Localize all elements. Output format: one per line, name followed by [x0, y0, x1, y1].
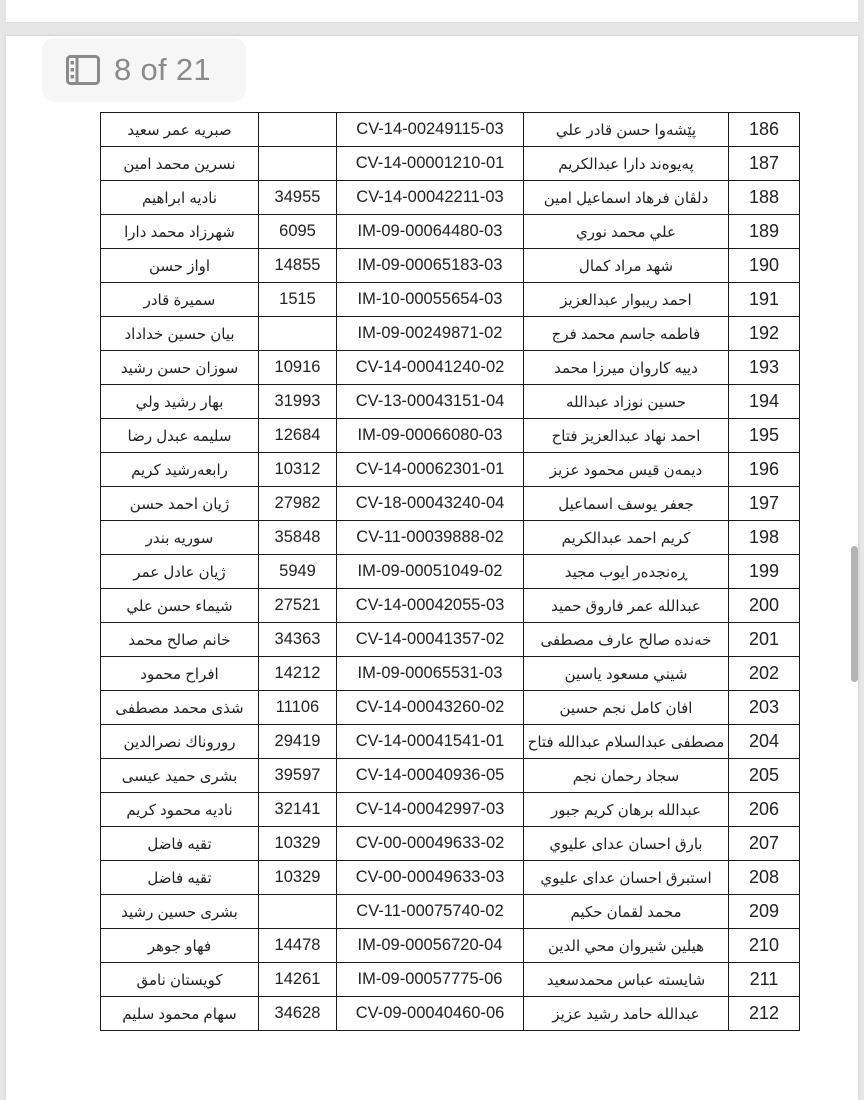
full-name-cell: محمد لقمان حكيم — [524, 895, 729, 929]
number-cell: 10329 — [259, 827, 337, 861]
full-name-cell: پەیوەند دارا عبدالكريم — [524, 147, 729, 181]
sequence-number-cell: 201 — [729, 623, 800, 657]
guardian-name-cell: شيماء حسن علي — [101, 589, 259, 623]
table-row: سوريه بندر35848CV-11-00039888-02كريم احم… — [101, 521, 800, 555]
record-code-cell: IM-09-00064480-03 — [337, 215, 524, 249]
sequence-number-cell: 186 — [729, 113, 800, 147]
table-row: فهاو جوهر14478IM-09-00056720-04هيلين شير… — [101, 929, 800, 963]
guardian-name-cell: سوزان حسن رشيد — [101, 351, 259, 385]
number-cell — [259, 317, 337, 351]
record-code-cell: CV-00-00049633-02 — [337, 827, 524, 861]
sequence-number-cell: 191 — [729, 283, 800, 317]
sequence-number-cell: 197 — [729, 487, 800, 521]
record-code-cell: IM-09-00249871-02 — [337, 317, 524, 351]
sequence-number-cell: 198 — [729, 521, 800, 555]
guardian-name-cell: اواز حسن — [101, 249, 259, 283]
number-cell: 10329 — [259, 861, 337, 895]
number-cell: 14212 — [259, 657, 337, 691]
table-row: ناديه محمود كريم32141CV-14-00042997-03عب… — [101, 793, 800, 827]
guardian-name-cell: كويستان نامق — [101, 963, 259, 997]
table-row: شهرزاد محمد دارا6095IM-09-00064480-03علي… — [101, 215, 800, 249]
sequence-number-cell: 212 — [729, 997, 800, 1031]
table-row: ژيان احمد حسن27982CV-18-00043240-04جعفر … — [101, 487, 800, 521]
sequence-number-cell: 209 — [729, 895, 800, 929]
record-code-cell: CV-18-00043240-04 — [337, 487, 524, 521]
full-name-cell: شهد مراد كمال — [524, 249, 729, 283]
sequence-number-cell: 205 — [729, 759, 800, 793]
table-row: بهار رشيد ولي31993CV-13-00043151-04حسين … — [101, 385, 800, 419]
vertical-scrollbar[interactable] — [851, 546, 858, 682]
guardian-name-cell: شذى محمد مصطفى — [101, 691, 259, 725]
guardian-name-cell: رابعەرشيد كريم — [101, 453, 259, 487]
record-code-cell: CV-14-00041240-02 — [337, 351, 524, 385]
table-row: خانم صالح محمد34363CV-14-00041357-02خەند… — [101, 623, 800, 657]
page-indicator[interactable]: 8 of 21 — [42, 38, 246, 102]
number-cell: 10312 — [259, 453, 337, 487]
guardian-name-cell: افراح محمود — [101, 657, 259, 691]
page-counter-label: 8 of 21 — [114, 52, 211, 88]
number-cell: 34363 — [259, 623, 337, 657]
number-cell: 31993 — [259, 385, 337, 419]
number-cell: 27521 — [259, 589, 337, 623]
full-name-cell: ديمەن قيس محمود عزيز — [524, 453, 729, 487]
guardian-name-cell: سليمه عبدل رضا — [101, 419, 259, 453]
full-name-cell: هيلين شيروان محي الدين — [524, 929, 729, 963]
table-row: رابعەرشيد كريم10312CV-14-00062301-01ديمە… — [101, 453, 800, 487]
full-name-cell: احمد نهاد عبدالعزيز فتاح — [524, 419, 729, 453]
guardian-name-cell: بهار رشيد ولي — [101, 385, 259, 419]
number-cell: 1515 — [259, 283, 337, 317]
table-row: سوزان حسن رشيد10916CV-14-00041240-02دييه… — [101, 351, 800, 385]
record-code-cell: CV-14-00041541-01 — [337, 725, 524, 759]
guardian-name-cell: ژيان احمد حسن — [101, 487, 259, 521]
full-name-cell: كريم احمد عبدالكريم — [524, 521, 729, 555]
sequence-number-cell: 207 — [729, 827, 800, 861]
sequence-number-cell: 199 — [729, 555, 800, 589]
full-name-cell: پێشەوا حسن قادر علي — [524, 113, 729, 147]
number-cell: 11106 — [259, 691, 337, 725]
full-name-cell: شيني مسعود ياسين — [524, 657, 729, 691]
full-name-cell: عبدالله برهان كريم جبور — [524, 793, 729, 827]
table-row: ناديه ابراهيم34955CV-14-00042211-03دلڤان… — [101, 181, 800, 215]
sequence-number-cell: 195 — [729, 419, 800, 453]
record-code-cell: CV-14-00042997-03 — [337, 793, 524, 827]
table-row: روروناك نصرالدين29419CV-14-00041541-01مص… — [101, 725, 800, 759]
full-name-cell: استبرق احسان عداى عليوي — [524, 861, 729, 895]
sequence-number-cell: 210 — [729, 929, 800, 963]
record-code-cell: CV-11-00075740-02 — [337, 895, 524, 929]
sequence-number-cell: 196 — [729, 453, 800, 487]
number-cell — [259, 895, 337, 929]
record-code-cell: IM-09-00056720-04 — [337, 929, 524, 963]
record-code-cell: CV-11-00039888-02 — [337, 521, 524, 555]
record-code-cell: CV-14-00001210-01 — [337, 147, 524, 181]
guardian-name-cell: خانم صالح محمد — [101, 623, 259, 657]
number-cell: 14855 — [259, 249, 337, 283]
guardian-name-cell: سوريه بندر — [101, 521, 259, 555]
table-row: صبريه عمر سعيدCV-14-00249115-03پێشەوا حس… — [101, 113, 800, 147]
table-row: شذى محمد مصطفى11106CV-14-00043260-02افان… — [101, 691, 800, 725]
number-cell: 27982 — [259, 487, 337, 521]
sequence-number-cell: 200 — [729, 589, 800, 623]
guardian-name-cell: شهرزاد محمد دارا — [101, 215, 259, 249]
record-code-cell: CV-14-00042055-03 — [337, 589, 524, 623]
number-cell: 34628 — [259, 997, 337, 1031]
full-name-cell: خەندە صالح عارف مصطفى — [524, 623, 729, 657]
record-code-cell: IM-09-00057775-06 — [337, 963, 524, 997]
record-code-cell: CV-13-00043151-04 — [337, 385, 524, 419]
record-code-cell: IM-09-00051049-02 — [337, 555, 524, 589]
record-code-cell: IM-09-00065183-03 — [337, 249, 524, 283]
full-name-cell: مصطفى عبدالسلام عبدالله فتاح — [524, 725, 729, 759]
guardian-name-cell: بشرى حميد عيسى — [101, 759, 259, 793]
number-cell: 34955 — [259, 181, 337, 215]
guardian-name-cell: صبريه عمر سعيد — [101, 113, 259, 147]
guardian-name-cell: تقيه فاضل — [101, 861, 259, 895]
number-cell: 32141 — [259, 793, 337, 827]
full-name-cell: دلڤان فرهاد اسماعيل امين — [524, 181, 729, 215]
sequence-number-cell: 189 — [729, 215, 800, 249]
number-cell: 14261 — [259, 963, 337, 997]
table-row: سليمه عبدل رضا12684IM-09-00066080-03احمد… — [101, 419, 800, 453]
guardian-name-cell: بيان حسين خداداد — [101, 317, 259, 351]
full-name-cell: عبدالله حامد رشيد عزيز — [524, 997, 729, 1031]
table-row: سميرة قادر1515IM-10-00055654-03احمد ريبو… — [101, 283, 800, 317]
table-row: تقيه فاضل10329CV-00-00049633-03استبرق اح… — [101, 861, 800, 895]
document-viewer: 8 of 21 صبريه عمر سعيدCV-14-00249115-03پ… — [0, 0, 864, 1100]
sequence-number-cell: 203 — [729, 691, 800, 725]
number-cell: 39597 — [259, 759, 337, 793]
number-cell: 10916 — [259, 351, 337, 385]
sidebar-thumbnails-icon[interactable] — [66, 55, 100, 85]
sequence-number-cell: 188 — [729, 181, 800, 215]
record-code-cell: CV-00-00049633-03 — [337, 861, 524, 895]
guardian-name-cell: سميرة قادر — [101, 283, 259, 317]
record-code-cell: CV-14-00062301-01 — [337, 453, 524, 487]
table-row: افراح محمود14212IM-09-00065531-03شيني مس… — [101, 657, 800, 691]
full-name-cell: شايسته عباس محمدسعيد — [524, 963, 729, 997]
full-name-cell: سجاد رحمان نجم — [524, 759, 729, 793]
record-code-cell: IM-09-00065531-03 — [337, 657, 524, 691]
record-code-cell: CV-14-00249115-03 — [337, 113, 524, 147]
sequence-number-cell: 206 — [729, 793, 800, 827]
sequence-number-cell: 194 — [729, 385, 800, 419]
table-row: بشرى حميد عيسى39597CV-14-00040936-05سجاد… — [101, 759, 800, 793]
guardian-name-cell: ناديه محمود كريم — [101, 793, 259, 827]
record-code-cell: CV-14-00042211-03 — [337, 181, 524, 215]
number-cell: 14478 — [259, 929, 337, 963]
table-row: كويستان نامق14261IM-09-00057775-06شايسته… — [101, 963, 800, 997]
full-name-cell: عبدالله عمر فاروق حميد — [524, 589, 729, 623]
record-code-cell: IM-10-00055654-03 — [337, 283, 524, 317]
guardian-name-cell: نسرين محمد امين — [101, 147, 259, 181]
record-code-cell: CV-14-00041357-02 — [337, 623, 524, 657]
guardian-name-cell: ژيان عادل عمر — [101, 555, 259, 589]
guardian-name-cell: بشرى حسين رشيد — [101, 895, 259, 929]
guardian-name-cell: تقيه فاضل — [101, 827, 259, 861]
record-code-cell: CV-14-00043260-02 — [337, 691, 524, 725]
number-cell: 35848 — [259, 521, 337, 555]
full-name-cell: دييه كاروان ميرزا محمد — [524, 351, 729, 385]
number-cell: 12684 — [259, 419, 337, 453]
full-name-cell: احمد ريبوار عبدالعزيز — [524, 283, 729, 317]
full-name-cell: علي محمد نوري — [524, 215, 729, 249]
sequence-number-cell: 187 — [729, 147, 800, 181]
guardian-name-cell: ناديه ابراهيم — [101, 181, 259, 215]
table-row: اواز حسن14855IM-09-00065183-03شهد مراد ك… — [101, 249, 800, 283]
table-row: تقيه فاضل10329CV-00-00049633-02بارق احسا… — [101, 827, 800, 861]
number-cell: 6095 — [259, 215, 337, 249]
guardian-name-cell: فهاو جوهر — [101, 929, 259, 963]
record-code-cell: IM-09-00066080-03 — [337, 419, 524, 453]
sequence-number-cell: 211 — [729, 963, 800, 997]
table-row: نسرين محمد امينCV-14-00001210-01پەیوەند … — [101, 147, 800, 181]
record-code-cell: CV-14-00040936-05 — [337, 759, 524, 793]
full-name-cell: بارق احسان عداى عليوي — [524, 827, 729, 861]
full-name-cell: ڕەنجدەر ايوب مجيد — [524, 555, 729, 589]
full-name-cell: حسين نوزاد عبدالله — [524, 385, 729, 419]
sequence-number-cell: 193 — [729, 351, 800, 385]
table-row: بيان حسين خدادادIM-09-00249871-02فاطمه ج… — [101, 317, 800, 351]
sequence-number-cell: 208 — [729, 861, 800, 895]
guardian-name-cell: روروناك نصرالدين — [101, 725, 259, 759]
number-cell — [259, 113, 337, 147]
guardian-name-cell: سهام محمود سليم — [101, 997, 259, 1031]
number-cell: 29419 — [259, 725, 337, 759]
sequence-number-cell: 204 — [729, 725, 800, 759]
sequence-number-cell: 202 — [729, 657, 800, 691]
records-table: صبريه عمر سعيدCV-14-00249115-03پێشەوا حس… — [100, 112, 800, 1031]
sequence-number-cell: 190 — [729, 249, 800, 283]
full-name-cell: جعفر يوسف اسماعيل — [524, 487, 729, 521]
record-code-cell: CV-09-00040460-06 — [337, 997, 524, 1031]
number-cell: 5949 — [259, 555, 337, 589]
full-name-cell: فاطمه جاسم محمد فرج — [524, 317, 729, 351]
full-name-cell: افان كامل نجم حسين — [524, 691, 729, 725]
previous-page-edge[interactable] — [6, 0, 858, 23]
table-row: بشرى حسين رشيدCV-11-00075740-02محمد لقما… — [101, 895, 800, 929]
table-row: سهام محمود سليم34628CV-09-00040460-06عبد… — [101, 997, 800, 1031]
table-row: شيماء حسن علي27521CV-14-00042055-03عبدال… — [101, 589, 800, 623]
table-row: ژيان عادل عمر5949IM-09-00051049-02ڕەنجدە… — [101, 555, 800, 589]
sequence-number-cell: 192 — [729, 317, 800, 351]
number-cell — [259, 147, 337, 181]
